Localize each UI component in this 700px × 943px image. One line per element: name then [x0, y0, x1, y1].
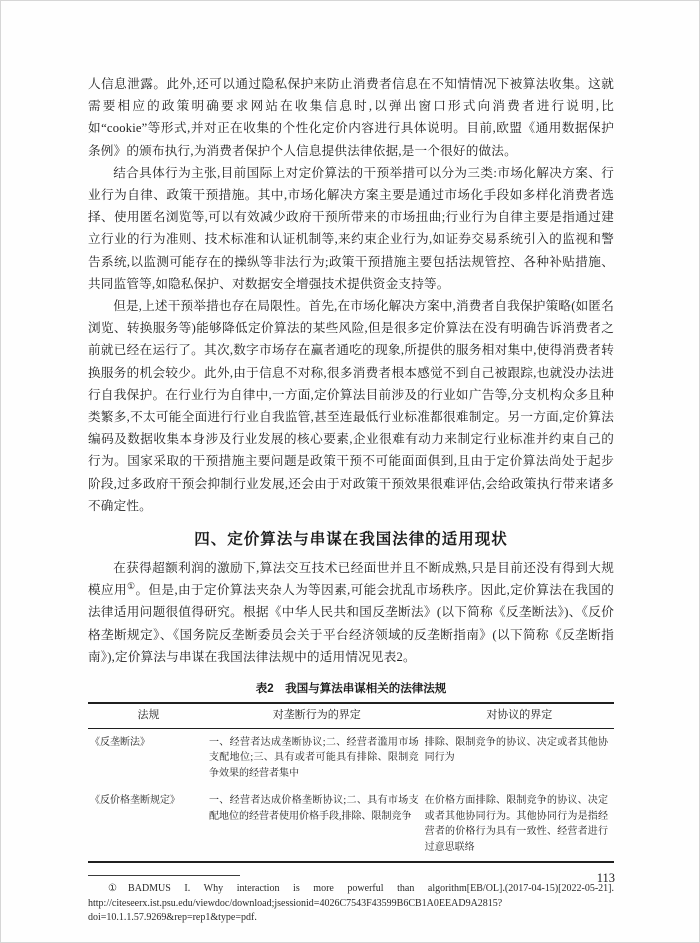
paragraph-continuation: 人信息泄露。此外,还可以通过隐私保护来防止消费者信息在不知情情况下被算法收集。这… — [88, 73, 614, 162]
journal-page: 人信息泄露。此外,还可以通过隐私保护来防止消费者信息在不知情情况下被算法收集。这… — [0, 0, 700, 943]
law-table: 法规 对垄断行为的界定 对协议的界定 《反垄断法》 一、经营者达成垄断协议;二、… — [88, 702, 614, 863]
cell-agreement-definition: 在价格方面排除、限制竞争的协议、决定或者其他协同行为。其他协同行为是指经营者的价… — [425, 787, 614, 862]
table-header-agreement-definition: 对协议的界定 — [425, 703, 614, 728]
table-caption-title: 我国与算法串谋相关的法律法规 — [285, 683, 446, 695]
page-number: 113 — [597, 871, 615, 886]
table-header-row: 法规 对垄断行为的界定 对协议的界定 — [88, 703, 614, 728]
footnote-separator — [88, 875, 240, 876]
paragraph-limitations: 但是,上述干预举措也存在局限性。首先,在市场化解决方案中,消费者自我保护策略(如… — [88, 295, 614, 517]
intro-text-post: 。但是,由于定价算法夹杂人为等因素,可能会扰乱市场秩序。因此,定价算法在我国的法… — [88, 583, 614, 664]
footnote-text: ①BADMUS I. Why interaction is more power… — [88, 882, 614, 926]
table-header-monopoly-definition: 对垄断行为的界定 — [209, 703, 425, 728]
table-caption-label: 表2 — [256, 683, 274, 695]
cell-monopoly-definition: 一、经营者达成垄断协议;二、经营者滥用市场支配地位;三、具有或者可能具有排除、限… — [209, 728, 425, 787]
cell-agreement-definition: 排除、限制竞争的协议、决定或者其他协同行为 — [425, 728, 614, 787]
paragraph-intervention-types: 结合具体行为主张,目前国际上对定价算法的干预举措可以分为三类:市场化解决方案、行… — [88, 162, 614, 295]
cell-monopoly-definition: 一、经营者达成价格垄断协议;二、具有市场支配地位的经营者使用价格手段,排除、限制… — [209, 787, 425, 862]
table-header-law: 法规 — [88, 703, 209, 728]
page-content: 人信息泄露。此外,还可以通过隐私保护来防止消费者信息在不知情情况下被算法收集。这… — [88, 73, 614, 926]
cell-law-name: 《反垄断法》 — [88, 728, 209, 787]
law-table-head: 法规 对垄断行为的界定 对协议的界定 — [88, 703, 614, 728]
footnote-marker: ① — [127, 581, 135, 591]
section-heading: 四、定价算法与串谋在我国法律的适用现状 — [88, 527, 614, 549]
table-row-price-monopoly-rule: 《反价格垄断规定》 一、经营者达成价格垄断协议;二、具有市场支配地位的经营者使用… — [88, 787, 614, 862]
table-row-antimonopoly-law: 《反垄断法》 一、经营者达成垄断协议;二、经营者滥用市场支配地位;三、具有或者可… — [88, 728, 614, 787]
cell-law-name: 《反价格垄断规定》 — [88, 787, 209, 862]
law-table-body: 《反垄断法》 一、经营者达成垄断协议;二、经营者滥用市场支配地位;三、具有或者可… — [88, 728, 614, 862]
table-caption: 表2我国与算法串谋相关的法律法规 — [88, 680, 614, 696]
paragraph-intro: 在获得超额利润的激励下,算法交互技术已经面世并且不断成熟,只是目前还没有得到大规… — [88, 557, 614, 668]
